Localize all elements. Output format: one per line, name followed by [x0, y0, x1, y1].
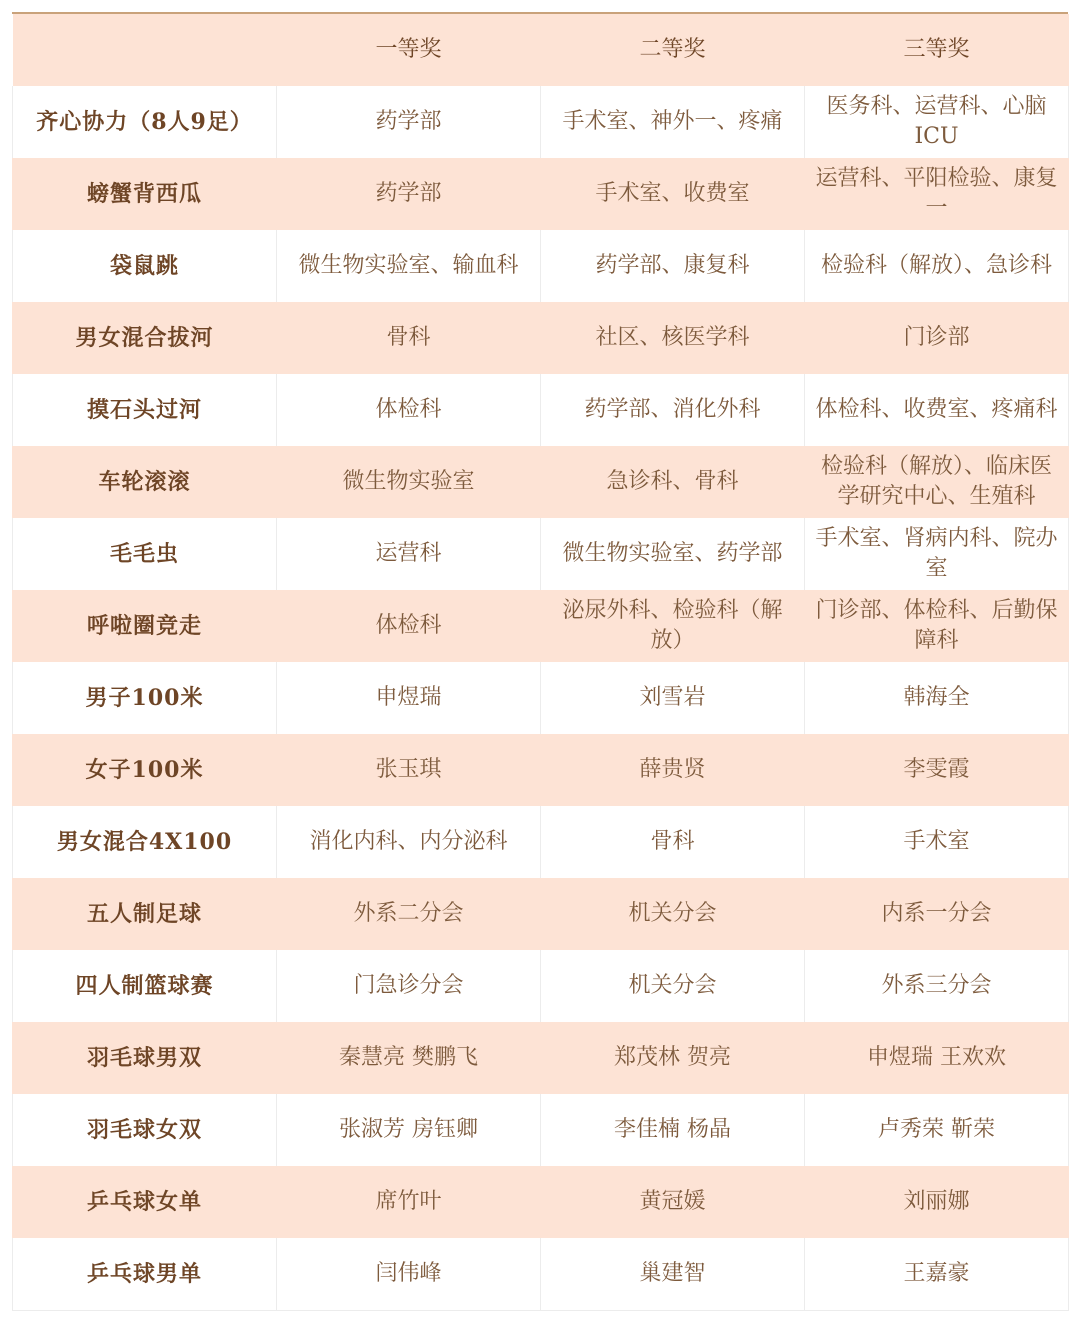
second-prize-cell: 手术室、收费室: [541, 158, 805, 230]
event-name: 袋鼠跳: [13, 230, 277, 302]
event-name: 女子100米: [13, 734, 277, 806]
table-row: 男子100米 申煜瑞 刘雪岩 韩海全: [13, 662, 1069, 734]
first-prize-cell: 体检科: [277, 590, 541, 662]
table-row: 五人制足球 外系二分会 机关分会 内系一分会: [13, 878, 1069, 950]
event-name: 螃蟹背西瓜: [13, 158, 277, 230]
second-prize-cell: 巢建智: [541, 1238, 805, 1310]
second-prize-cell: 泌尿外科、检验科（解放）: [541, 590, 805, 662]
table-row: 呼啦圈竞走 体检科 泌尿外科、检验科（解放） 门诊部、体检科、后勤保障科: [13, 590, 1069, 662]
first-prize-cell: 张玉琪: [277, 734, 541, 806]
first-prize-cell: 骨科: [277, 302, 541, 374]
third-prize-cell: 手术室: [805, 806, 1069, 878]
second-prize-cell: 李佳楠 杨晶: [541, 1094, 805, 1166]
table-row: 螃蟹背西瓜 药学部 手术室、收费室 运营科、平阳检验、康复一: [13, 158, 1069, 230]
event-name: 毛毛虫: [13, 518, 277, 590]
event-name: 五人制足球: [13, 878, 277, 950]
header-event-column: [13, 14, 277, 86]
third-prize-cell: 门诊部: [805, 302, 1069, 374]
first-prize-cell: 秦慧亮 樊鹏飞: [277, 1022, 541, 1094]
table-row: 毛毛虫 运营科 微生物实验室、药学部 手术室、肾病内科、院办室: [13, 518, 1069, 590]
table-row: 乒乓球男单 闫伟峰 巢建智 王嘉豪: [13, 1238, 1069, 1310]
third-prize-cell: 刘丽娜: [805, 1166, 1069, 1238]
second-prize-cell: 薛贵贤: [541, 734, 805, 806]
third-prize-cell: 运营科、平阳检验、康复一: [805, 158, 1069, 230]
header-first-prize: 一等奖: [277, 14, 541, 86]
table-row: 男女混合4X100 消化内科、内分泌科 骨科 手术室: [13, 806, 1069, 878]
third-prize-cell: 内系一分会: [805, 878, 1069, 950]
second-prize-cell: 刘雪岩: [541, 662, 805, 734]
second-prize-cell: 药学部、消化外科: [541, 374, 805, 446]
event-name: 呼啦圈竞走: [13, 590, 277, 662]
table-row: 男女混合拔河 骨科 社区、核医学科 门诊部: [13, 302, 1069, 374]
third-prize-cell: 李雯霞: [805, 734, 1069, 806]
second-prize-cell: 社区、核医学科: [541, 302, 805, 374]
header-third-prize: 三等奖: [805, 14, 1069, 86]
table-header-row: 一等奖 二等奖 三等奖: [13, 14, 1069, 86]
third-prize-cell: 体检科、收费室、疼痛科: [805, 374, 1069, 446]
third-prize-cell: 医务科、运营科、心脑ICU: [805, 86, 1069, 158]
first-prize-cell: 门急诊分会: [277, 950, 541, 1022]
first-prize-cell: 药学部: [277, 86, 541, 158]
second-prize-cell: 药学部、康复科: [541, 230, 805, 302]
first-prize-cell: 外系二分会: [277, 878, 541, 950]
third-prize-cell: 外系三分会: [805, 950, 1069, 1022]
awards-table: 一等奖 二等奖 三等奖 齐心协力（8人9足） 药学部 手术室、神外一、疼痛 医务…: [12, 14, 1069, 1311]
table-row: 乒乓球女单 席竹叶 黄冠媛 刘丽娜: [13, 1166, 1069, 1238]
table-row: 女子100米 张玉琪 薛贵贤 李雯霞: [13, 734, 1069, 806]
awards-table-container: 一等奖 二等奖 三等奖 齐心协力（8人9足） 药学部 手术室、神外一、疼痛 医务…: [12, 12, 1068, 1311]
third-prize-cell: 门诊部、体检科、后勤保障科: [805, 590, 1069, 662]
first-prize-cell: 闫伟峰: [277, 1238, 541, 1310]
event-name: 羽毛球男双: [13, 1022, 277, 1094]
table-row: 羽毛球女双 张淑芳 房钰卿 李佳楠 杨晶 卢秀荣 靳荣: [13, 1094, 1069, 1166]
second-prize-cell: 机关分会: [541, 950, 805, 1022]
second-prize-cell: 郑茂林 贺亮: [541, 1022, 805, 1094]
third-prize-cell: 检验科（解放）、临床医学研究中心、生殖科: [805, 446, 1069, 518]
first-prize-cell: 申煜瑞: [277, 662, 541, 734]
table-row: 摸石头过河 体检科 药学部、消化外科 体检科、收费室、疼痛科: [13, 374, 1069, 446]
event-name: 男女混合拔河: [13, 302, 277, 374]
first-prize-cell: 席竹叶: [277, 1166, 541, 1238]
table-row: 袋鼠跳 微生物实验室、输血科 药学部、康复科 检验科（解放）、急诊科: [13, 230, 1069, 302]
third-prize-cell: 韩海全: [805, 662, 1069, 734]
event-name: 羽毛球女双: [13, 1094, 277, 1166]
third-prize-cell: 检验科（解放）、急诊科: [805, 230, 1069, 302]
first-prize-cell: 药学部: [277, 158, 541, 230]
second-prize-cell: 黄冠媛: [541, 1166, 805, 1238]
second-prize-cell: 手术室、神外一、疼痛: [541, 86, 805, 158]
second-prize-cell: 骨科: [541, 806, 805, 878]
event-name: 四人制篮球赛: [13, 950, 277, 1022]
first-prize-cell: 体检科: [277, 374, 541, 446]
second-prize-cell: 机关分会: [541, 878, 805, 950]
event-name: 乒乓球女单: [13, 1166, 277, 1238]
first-prize-cell: 张淑芳 房钰卿: [277, 1094, 541, 1166]
event-name: 男子100米: [13, 662, 277, 734]
event-name: 车轮滚滚: [13, 446, 277, 518]
second-prize-cell: 微生物实验室、药学部: [541, 518, 805, 590]
event-name: 齐心协力（8人9足）: [13, 86, 277, 158]
event-name: 乒乓球男单: [13, 1238, 277, 1310]
table-row: 四人制篮球赛 门急诊分会 机关分会 外系三分会: [13, 950, 1069, 1022]
third-prize-cell: 申煜瑞 王欢欢: [805, 1022, 1069, 1094]
first-prize-cell: 运营科: [277, 518, 541, 590]
first-prize-cell: 微生物实验室、输血科: [277, 230, 541, 302]
third-prize-cell: 手术室、肾病内科、院办室: [805, 518, 1069, 590]
table-row: 车轮滚滚 微生物实验室 急诊科、骨科 检验科（解放）、临床医学研究中心、生殖科: [13, 446, 1069, 518]
third-prize-cell: 王嘉豪: [805, 1238, 1069, 1310]
table-row: 齐心协力（8人9足） 药学部 手术室、神外一、疼痛 医务科、运营科、心脑ICU: [13, 86, 1069, 158]
first-prize-cell: 微生物实验室: [277, 446, 541, 518]
first-prize-cell: 消化内科、内分泌科: [277, 806, 541, 878]
event-name: 男女混合4X100: [13, 806, 277, 878]
third-prize-cell: 卢秀荣 靳荣: [805, 1094, 1069, 1166]
table-row: 羽毛球男双 秦慧亮 樊鹏飞 郑茂林 贺亮 申煜瑞 王欢欢: [13, 1022, 1069, 1094]
header-second-prize: 二等奖: [541, 14, 805, 86]
event-name: 摸石头过河: [13, 374, 277, 446]
second-prize-cell: 急诊科、骨科: [541, 446, 805, 518]
